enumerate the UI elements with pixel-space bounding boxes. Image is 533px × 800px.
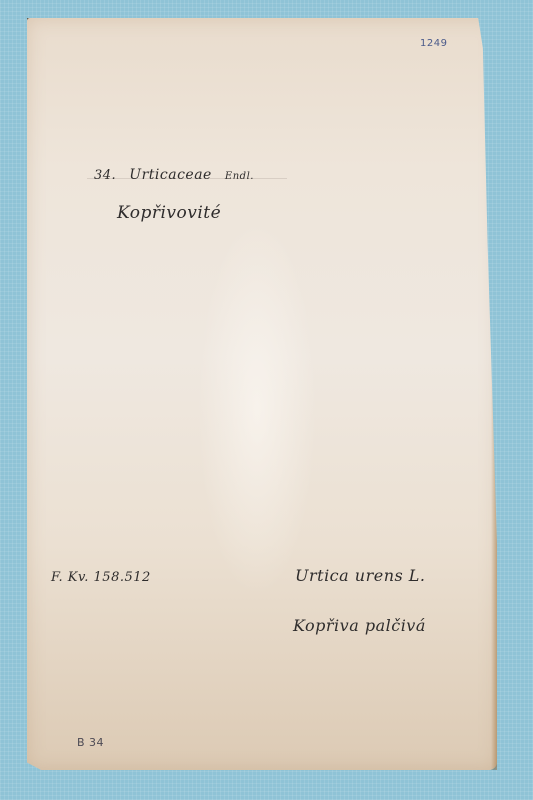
- catalog-number: 1249: [420, 38, 447, 49]
- family-latin-name: Urticaceae: [129, 167, 212, 183]
- reference-number: F. Kv. 158.512: [51, 570, 151, 585]
- species-latin-name: Urtica urens L.: [295, 566, 426, 585]
- family-line: 34. Urticaceae Endl.: [94, 164, 254, 183]
- species-czech-name: Kopřiva palčivá: [293, 616, 426, 635]
- family-number: 34.: [94, 168, 116, 183]
- family-czech-name: Kopřivovité: [117, 203, 221, 223]
- herbarium-sheet: 1249 34. Urticaceae Endl. Kopřivovité F.…: [27, 18, 497, 770]
- family-author: Endl.: [225, 171, 254, 182]
- folder-mark: B 34: [77, 736, 104, 749]
